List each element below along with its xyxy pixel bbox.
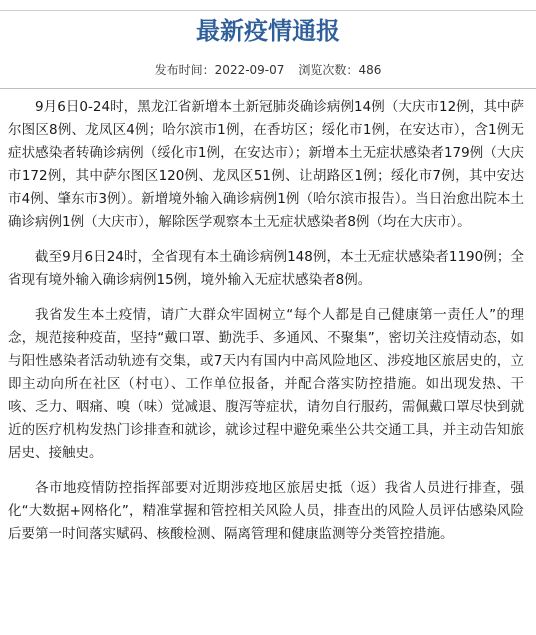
publish-date: 2022-09-07 (215, 63, 285, 77)
paragraph-daily-cases: 9月6日0-24时，黑龙江省新增本土新冠肺炎确诊病例14例（大庆市12例，其中萨… (8, 96, 524, 234)
views-count: 486 (358, 63, 381, 77)
article-title: 最新疫情通报 (0, 14, 536, 48)
paragraph-control-measures: 各市地疫情防控指挥部要对近期涉疫地区旅居史抵（返）我省人员进行排查，强化“大数据… (8, 477, 524, 546)
header-divider (0, 88, 536, 89)
article-meta: 发布时间：2022-09-07浏览次数：486 (0, 60, 536, 80)
paragraph-cumulative-cases: 截至9月6日24时，全省现有本土确诊病例148例，本土无症状感染者1190例；全… (8, 246, 524, 292)
article-body: 9月6日0-24时，黑龙江省新增本土新冠肺炎确诊病例14例（大庆市12例，其中萨… (8, 96, 524, 558)
top-divider (0, 10, 536, 11)
paragraph-public-advice: 我省发生本土疫情，请广大群众牢固树立“每个人都是自己健康第一责任人”的理念，规范… (8, 304, 524, 465)
views-label: 浏览次数： (298, 63, 358, 77)
publish-label: 发布时间： (155, 63, 215, 77)
